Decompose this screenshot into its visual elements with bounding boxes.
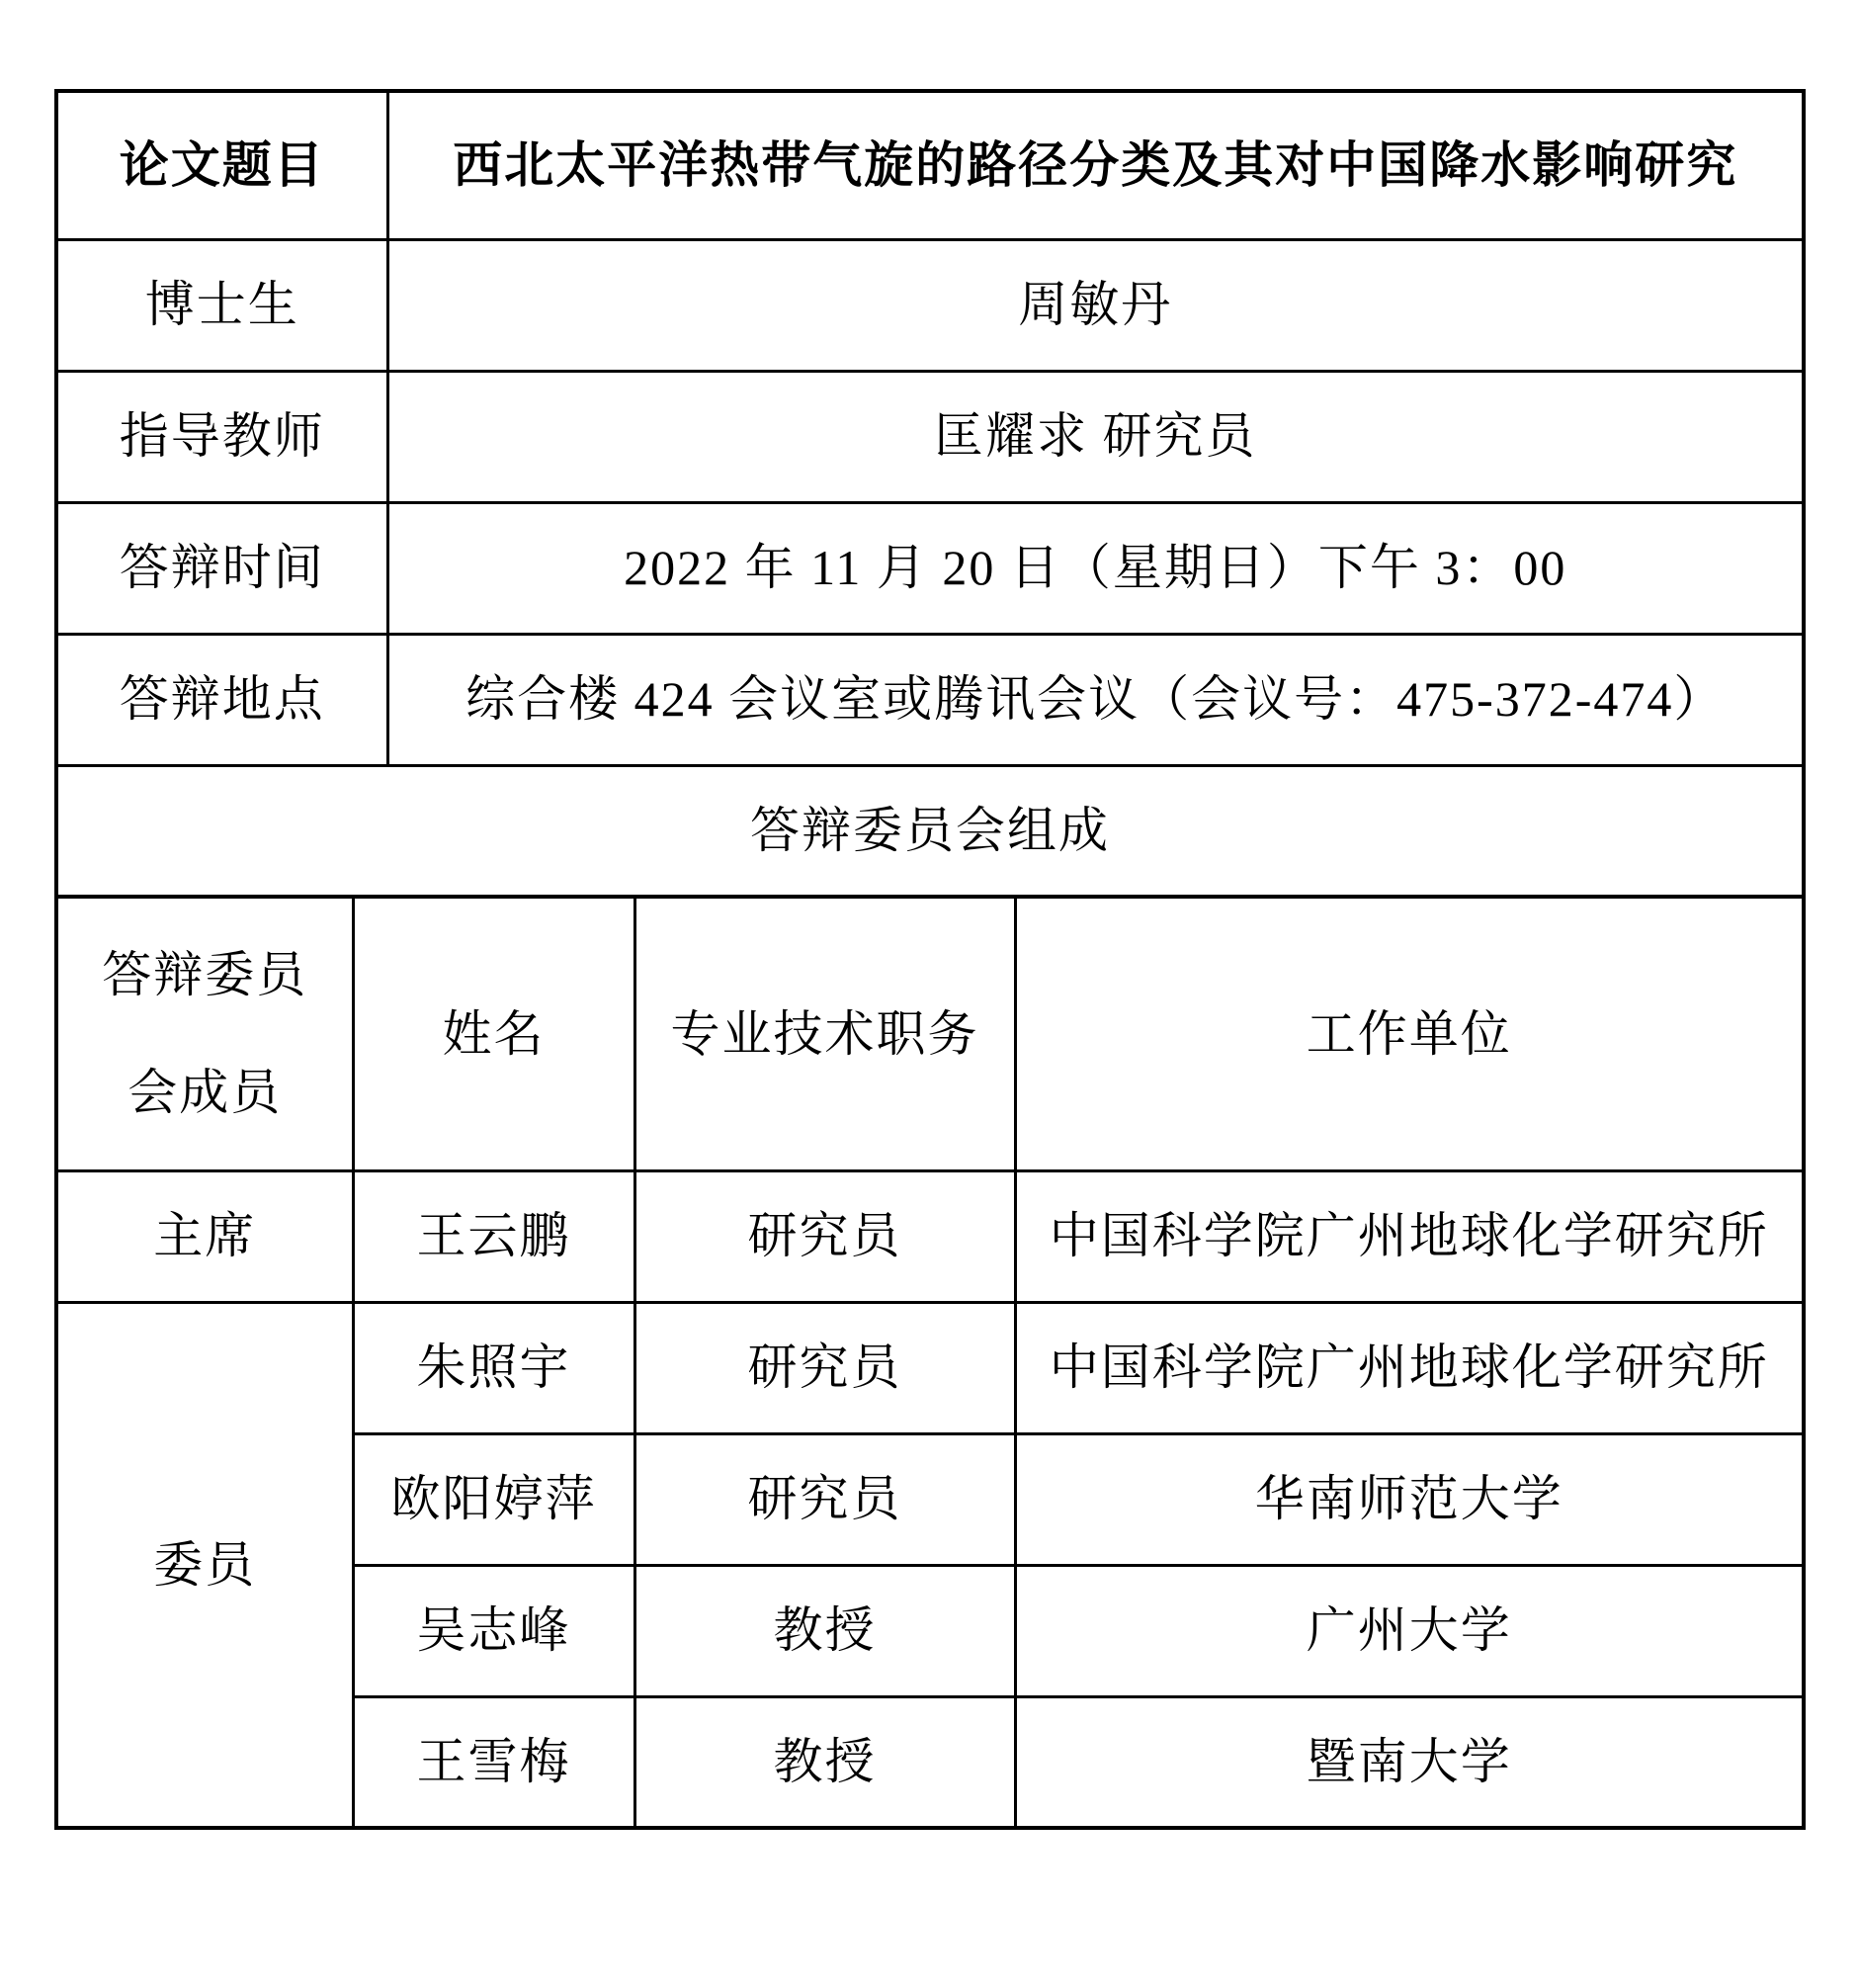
chair-row: 主席 王云鹏 研究员 中国科学院广州地球化学研究所	[56, 1170, 1804, 1302]
member-role-cell: 委员	[56, 1302, 353, 1828]
field-label-phd-student: 博士生	[56, 239, 387, 371]
thesis-title-value: 西北太平洋热带气旋的路径分类及其对中国降水影响研究	[387, 91, 1804, 239]
table-row: 答辩时间 2022 年 11 月 20 日（星期日）下午 3：00	[56, 502, 1804, 634]
committee-role-header-line1: 答辩委员	[70, 944, 340, 1006]
defense-info-table: 论文题目 西北太平洋热带气旋的路径分类及其对中国降水影响研究 博士生 周敏丹 指…	[54, 89, 1806, 899]
member-name: 王雪梅	[353, 1696, 634, 1828]
committee-section-title: 答辩委员会组成	[56, 765, 1804, 897]
chair-name: 王云鹏	[353, 1170, 634, 1302]
table-row: 指导教师 匡耀求 研究员	[56, 371, 1804, 502]
chair-role-cell: 主席	[56, 1170, 353, 1302]
committee-role-header-line2: 会成员	[70, 1062, 340, 1124]
member-title: 教授	[634, 1565, 1015, 1696]
field-label-thesis-title: 论文题目	[56, 91, 387, 239]
member-affiliation: 暨南大学	[1015, 1696, 1804, 1828]
advisor-value: 匡耀求 研究员	[387, 371, 1804, 502]
committee-table: 答辩委员 会成员 姓名 专业技术职务 工作单位 主席 王云鹏 研究员 中国科学院…	[54, 895, 1806, 1830]
defense-time-value: 2022 年 11 月 20 日（星期日）下午 3：00	[387, 502, 1804, 634]
col-header-affiliation: 工作单位	[1015, 897, 1804, 1170]
chair-affiliation: 中国科学院广州地球化学研究所	[1015, 1170, 1804, 1302]
member-row: 委员 朱照宇 研究员 中国科学院广州地球化学研究所	[56, 1302, 1804, 1433]
table-row: 答辩地点 综合楼 424 会议室或腾讯会议（会议号：475-372-474）	[56, 634, 1804, 765]
member-name: 吴志峰	[353, 1565, 634, 1696]
member-affiliation: 华南师范大学	[1015, 1433, 1804, 1565]
member-name: 欧阳婷萍	[353, 1433, 634, 1565]
phd-student-value: 周敏丹	[387, 239, 1804, 371]
field-label-defense-time: 答辩时间	[56, 502, 387, 634]
member-title: 研究员	[634, 1433, 1015, 1565]
table-row: 博士生 周敏丹	[56, 239, 1804, 371]
field-label-advisor: 指导教师	[56, 371, 387, 502]
col-header-name: 姓名	[353, 897, 634, 1170]
member-name: 朱照宇	[353, 1302, 634, 1433]
chair-title: 研究员	[634, 1170, 1015, 1302]
member-title: 教授	[634, 1696, 1015, 1828]
document-page: 论文题目 西北太平洋热带气旋的路径分类及其对中国降水影响研究 博士生 周敏丹 指…	[0, 89, 1858, 1988]
table-row: 答辩委员会组成	[56, 765, 1804, 897]
field-label-defense-venue: 答辩地点	[56, 634, 387, 765]
member-affiliation: 广州大学	[1015, 1565, 1804, 1696]
col-header-title: 专业技术职务	[634, 897, 1015, 1170]
member-affiliation: 中国科学院广州地球化学研究所	[1015, 1302, 1804, 1433]
defense-venue-value: 综合楼 424 会议室或腾讯会议（会议号：475-372-474）	[387, 634, 1804, 765]
committee-header-row: 答辩委员 会成员 姓名 专业技术职务 工作单位	[56, 897, 1804, 1170]
committee-role-header: 答辩委员 会成员	[56, 897, 353, 1170]
table-row: 论文题目 西北太平洋热带气旋的路径分类及其对中国降水影响研究	[56, 91, 1804, 239]
member-title: 研究员	[634, 1302, 1015, 1433]
